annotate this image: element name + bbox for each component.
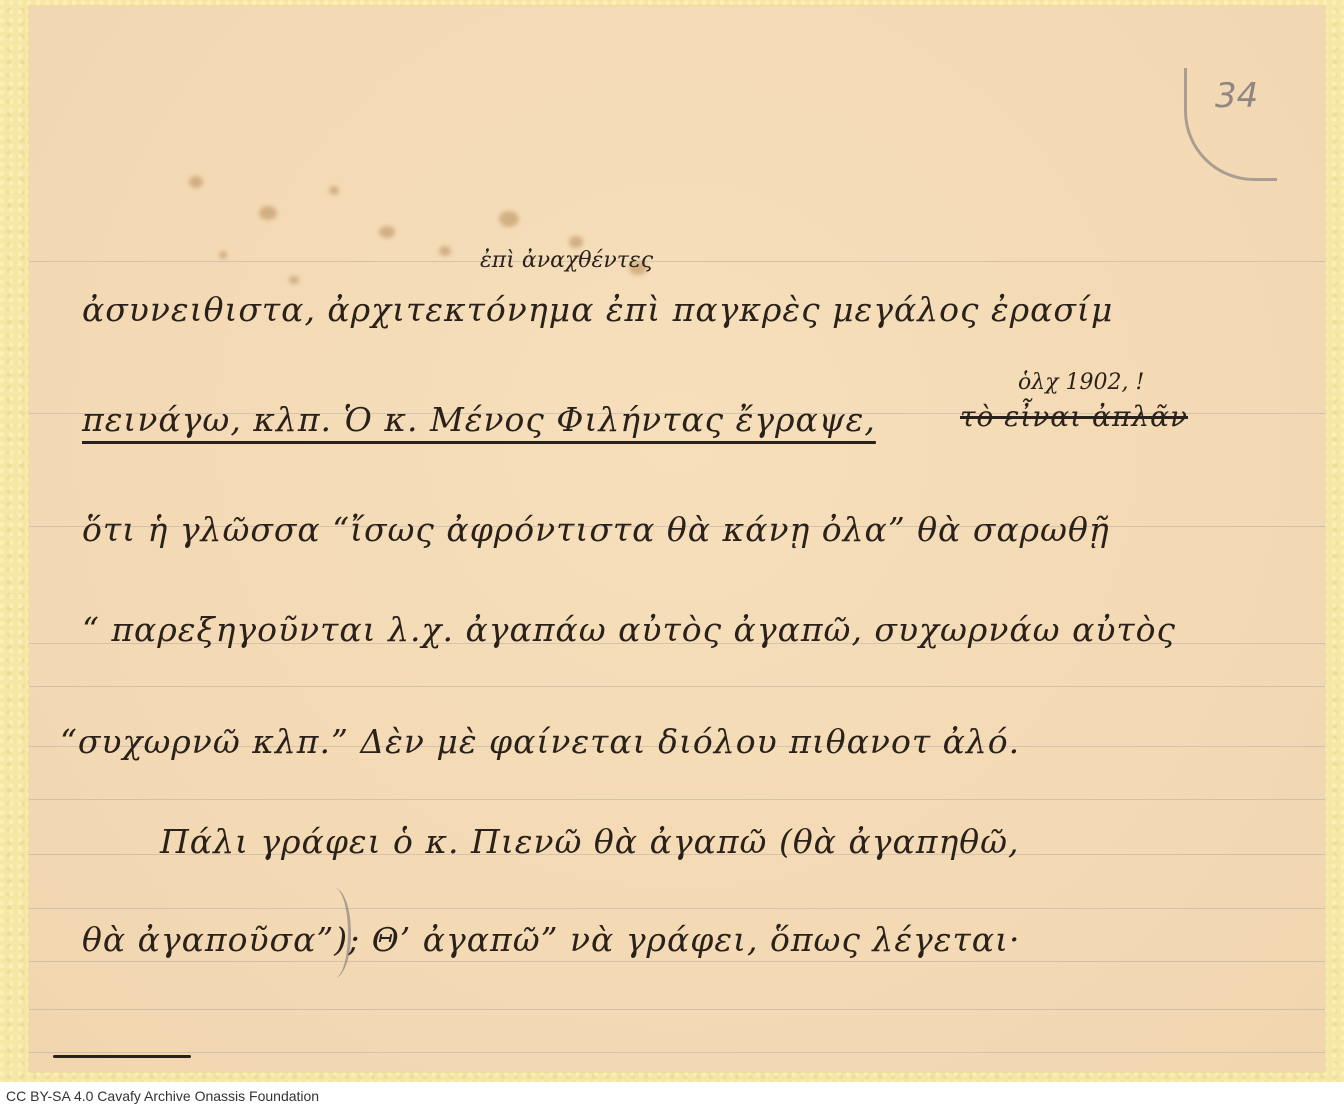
struck-out-text: τὸ εἶναι ἀπλᾶν xyxy=(960,400,1188,433)
manuscript-line-7: θὰ ἀγαποῦσα”); Θ’ ἀγαπῶ” νὰ γράφει, ὅπως… xyxy=(82,920,1020,959)
foxing-stain xyxy=(329,186,339,195)
foxing-stain xyxy=(189,176,203,188)
manuscript-line-4: “ παρεξηγοῦνται λ.χ. ἀγαπάω αὐτὸς ἀγαπῶ,… xyxy=(82,610,1176,649)
foxing-stain xyxy=(289,276,299,284)
ruled-line xyxy=(29,908,1325,909)
pencil-bracket-mark xyxy=(318,888,351,978)
manuscript-line-5: “συχωρνῶ κλπ.” Δὲν μὲ φαίνεται διόλου πι… xyxy=(60,722,1020,761)
page-number: 34 xyxy=(1215,76,1258,116)
foxing-stain xyxy=(379,226,395,238)
license-credit: CC BY-SA 4.0 Cavafy Archive Onassis Foun… xyxy=(6,1088,319,1104)
interlinear-insertion: ὁλχ 1902, ! xyxy=(1018,370,1144,395)
ruled-line xyxy=(29,799,1325,800)
foxing-stain xyxy=(259,206,277,220)
manuscript-line-6: Πάλι γράφει ὁ κ. Πιενῶ θὰ ἀγαπῶ (θὰ ἀγαπ… xyxy=(160,822,1019,861)
ruled-line xyxy=(29,1052,1325,1053)
manuscript-line-1: ἀσυνειθιστα, ἀρχιτεκτόνημα ἐπὶ παγκρὲς μ… xyxy=(82,290,1113,329)
manuscript-line-3: ὅτι ἡ γλῶσσα “ἴσως ἀφρόντιστα θὰ κάνῃ ὀλ… xyxy=(82,510,1110,549)
foxing-stain xyxy=(219,251,227,259)
ruled-line xyxy=(29,686,1325,687)
ruled-line xyxy=(29,1009,1325,1010)
ruled-line xyxy=(29,961,1325,962)
foxing-stain xyxy=(499,211,519,227)
ink-dash-mark xyxy=(53,1055,191,1058)
foxing-stain xyxy=(569,236,583,248)
manuscript-line-2: πεινάγω, κλπ. Ὁ κ. Μένος Φιλήντας ἔγραψε… xyxy=(82,400,876,439)
foxing-stain xyxy=(439,246,451,256)
ruled-line xyxy=(29,261,1325,262)
interlinear-insertion: ἐπὶ ἀναχθέντες xyxy=(480,248,653,273)
